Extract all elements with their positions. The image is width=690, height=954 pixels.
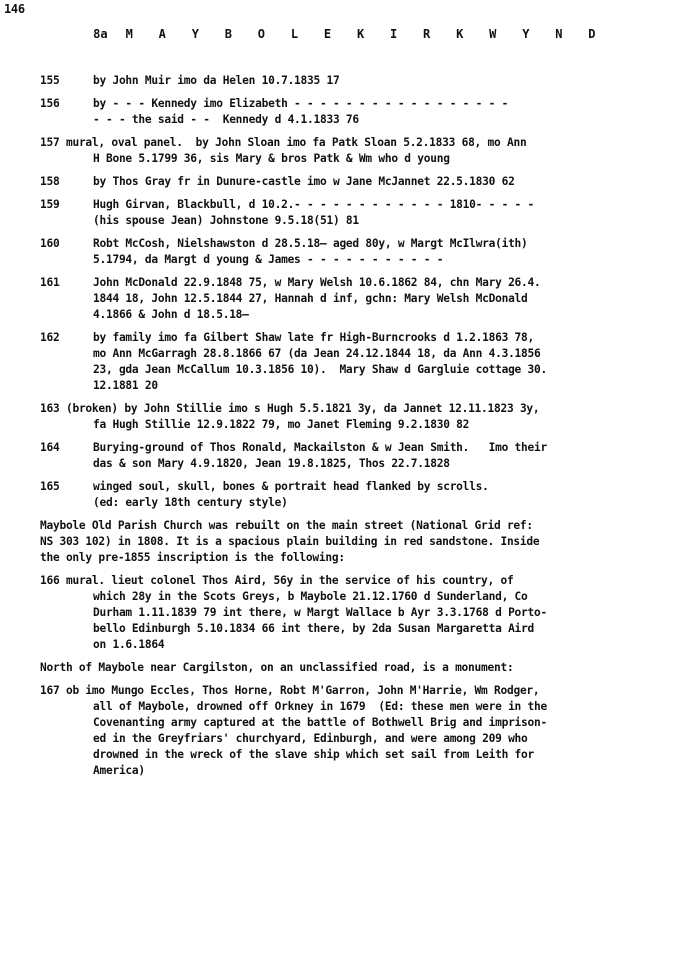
inscription-text: mural, oval panel. by John Sloan imo fa … bbox=[66, 136, 526, 149]
inscription-text: ed in the Greyfriars' churchyard, Edinbu… bbox=[93, 732, 528, 745]
inscription-line: 1844 18, John 12.5.1844 27, Hannah d inf… bbox=[93, 291, 640, 307]
inscription-entry: 162by family imo fa Gilbert Shaw late fr… bbox=[40, 330, 640, 394]
paragraph-line: NS 303 102) in 1808. It is a spacious pl… bbox=[40, 534, 640, 550]
inscription-first-line: 163 (broken) by John Stillie imo s Hugh … bbox=[40, 401, 640, 417]
inscription-text: which 28y in the Scots Greys, b Maybole … bbox=[93, 590, 528, 603]
inscription-line: drowned in the wreck of the slave ship w… bbox=[40, 747, 640, 763]
inscription-text: ob imo Mungo Eccles, Thos Horne, Robt M'… bbox=[66, 684, 539, 697]
inscription-line: - - - the said - - Kennedy d 4.1.1833 76 bbox=[93, 112, 640, 128]
inscription-text: America) bbox=[93, 764, 145, 777]
inscription-line: on 1.6.1864 bbox=[40, 637, 640, 653]
inscription-number: 155 bbox=[40, 73, 93, 89]
inscription-text: mural. lieut colonel Thos Aird, 56y in t… bbox=[66, 574, 514, 587]
section-number: 8a bbox=[93, 27, 107, 41]
paragraph-line: Maybole Old Parish Church was rebuilt on… bbox=[40, 518, 640, 534]
inscription-number: 162 bbox=[40, 330, 93, 394]
inscription-line: by Thos Gray fr in Dunure-castle imo w J… bbox=[93, 174, 640, 190]
inscription-line: (ed: early 18th century style) bbox=[93, 495, 640, 511]
inscription-line: Durham 1.11.1839 79 int there, w Margt W… bbox=[40, 605, 640, 621]
inscription-number: 167 bbox=[40, 684, 59, 697]
inscription-entry: 159Hugh Girvan, Blackbull, d 10.2.- - - … bbox=[40, 197, 640, 229]
inscription-text: H Bone 5.1799 36, sis Mary & bros Patk &… bbox=[93, 152, 450, 165]
inscription-line: (his spouse Jean) Johnstone 9.5.18(51) 8… bbox=[93, 213, 640, 229]
inscription-line: which 28y in the Scots Greys, b Maybole … bbox=[40, 589, 640, 605]
inscription-text: drowned in the wreck of the slave ship w… bbox=[93, 748, 534, 761]
inscription-line: 12.1881 20 bbox=[93, 378, 640, 394]
inscription-line: das & son Mary 4.9.1820, Jean 19.8.1825,… bbox=[93, 456, 640, 472]
inscription-entry: 160Robt McCosh, Nielshawston d 28.5.18— … bbox=[40, 236, 640, 268]
inscription-number: 159 bbox=[40, 197, 93, 229]
inscription-line: Burying-ground of Thos Ronald, Mackailst… bbox=[93, 440, 640, 456]
inscription-line: John McDonald 22.9.1848 75, w Mary Welsh… bbox=[93, 275, 640, 291]
inscription-first-line: 166 mural. lieut colonel Thos Aird, 56y … bbox=[40, 573, 640, 589]
inscription-text: Covenanting army captured at the battle … bbox=[93, 716, 547, 729]
inscription-line: bello Edinburgh 5.10.1834 66 int there, … bbox=[40, 621, 640, 637]
inscription-number: 157 bbox=[40, 136, 59, 149]
inscription-entry: 155by John Muir imo da Helen 10.7.1835 1… bbox=[40, 73, 640, 89]
inscription-line: Robt McCosh, Nielshawston d 28.5.18— age… bbox=[93, 236, 640, 252]
inscription-line: ed in the Greyfriars' churchyard, Edinbu… bbox=[40, 731, 640, 747]
inscription-number: 166 bbox=[40, 574, 59, 587]
inscription-entry: 163 (broken) by John Stillie imo s Hugh … bbox=[40, 401, 640, 433]
inscription-entry: 161John McDonald 22.9.1848 75, w Mary We… bbox=[40, 275, 640, 323]
inscription-number: 164 bbox=[40, 440, 93, 472]
inscription-line: by John Muir imo da Helen 10.7.1835 17 bbox=[93, 73, 640, 89]
inscription-number: 160 bbox=[40, 236, 93, 268]
inscription-number: 156 bbox=[40, 96, 93, 128]
inscription-line: 4.1866 & John d 18.5.18— bbox=[93, 307, 640, 323]
inscription-line: Covenanting army captured at the battle … bbox=[40, 715, 640, 731]
inscription-number: 161 bbox=[40, 275, 93, 323]
page-title: 8aM A Y B O L E K I R K W Y N D bbox=[0, 27, 690, 41]
inscription-line: 23, gda Jean McCallum 10.3.1856 10). Mar… bbox=[93, 362, 640, 378]
inscriptions-cargilston-monument: 167 ob imo Mungo Eccles, Thos Horne, Rob… bbox=[40, 683, 640, 779]
inscription-line: by - - - Kennedy imo Elizabeth - - - - -… bbox=[93, 96, 640, 112]
inscription-line: fa Hugh Stillie 12.9.1822 79, mo Janet F… bbox=[40, 417, 640, 433]
inscription-text: on 1.6.1864 bbox=[93, 638, 164, 651]
inscription-text: all of Maybole, drowned off Orkney in 16… bbox=[93, 700, 547, 713]
inscription-line: winged soul, skull, bones & portrait hea… bbox=[93, 479, 640, 495]
inscription-entry: 164Burying-ground of Thos Ronald, Mackai… bbox=[40, 440, 640, 472]
inscription-first-line: 157 mural, oval panel. by John Sloan imo… bbox=[40, 135, 640, 151]
inscription-line: mo Ann McGarragh 28.8.1866 67 (da Jean 2… bbox=[93, 346, 640, 362]
inscription-line: Hugh Girvan, Blackbull, d 10.2.- - - - -… bbox=[93, 197, 640, 213]
inscription-number: 163 bbox=[40, 402, 59, 415]
inscription-first-line: 167 ob imo Mungo Eccles, Thos Horne, Rob… bbox=[40, 683, 640, 699]
inscription-entry: 167 ob imo Mungo Eccles, Thos Horne, Rob… bbox=[40, 683, 640, 779]
inscription-line: America) bbox=[40, 763, 640, 779]
inscription-line: H Bone 5.1799 36, sis Mary & bros Patk &… bbox=[40, 151, 640, 167]
section-title: M A Y B O L E K I R K W Y N D bbox=[126, 27, 605, 41]
inscription-text: fa Hugh Stillie 12.9.1822 79, mo Janet F… bbox=[93, 418, 469, 431]
inscription-number: 158 bbox=[40, 174, 93, 190]
paragraph-cargilston-monument: North of Maybole near Cargilston, on an … bbox=[40, 660, 640, 676]
inscription-text: bello Edinburgh 5.10.1834 66 int there, … bbox=[93, 622, 534, 635]
paragraph-line: the only pre-1855 inscription is the fol… bbox=[40, 550, 640, 566]
inscription-entry: 157 mural, oval panel. by John Sloan imo… bbox=[40, 135, 640, 167]
inscription-line: 5.1794, da Margt d young & James - - - -… bbox=[93, 252, 640, 268]
inscription-entry: 158by Thos Gray fr in Dunure-castle imo … bbox=[40, 174, 640, 190]
inscription-entry: 165winged soul, skull, bones & portrait … bbox=[40, 479, 640, 511]
inscription-line: all of Maybole, drowned off Orkney in 16… bbox=[40, 699, 640, 715]
inscription-text: (broken) by John Stillie imo s Hugh 5.5.… bbox=[66, 402, 539, 415]
inscription-number: 165 bbox=[40, 479, 93, 511]
paragraph-old-parish-church: Maybole Old Parish Church was rebuilt on… bbox=[40, 518, 640, 566]
inscription-line: by family imo fa Gilbert Shaw late fr Hi… bbox=[93, 330, 640, 346]
paragraph-line: North of Maybole near Cargilston, on an … bbox=[40, 660, 640, 676]
inscription-entry: 166 mural. lieut colonel Thos Aird, 56y … bbox=[40, 573, 640, 653]
inscriptions-kirk-wynd: 155by John Muir imo da Helen 10.7.1835 1… bbox=[40, 73, 640, 511]
inscription-text: Durham 1.11.1839 79 int there, w Margt W… bbox=[93, 606, 547, 619]
inscriptions-old-parish-church: 166 mural. lieut colonel Thos Aird, 56y … bbox=[40, 573, 640, 653]
inscription-list: 155by John Muir imo da Helen 10.7.1835 1… bbox=[40, 73, 640, 786]
inscription-entry: 156by - - - Kennedy imo Elizabeth - - - … bbox=[40, 96, 640, 128]
page-number: 146 bbox=[4, 2, 25, 16]
